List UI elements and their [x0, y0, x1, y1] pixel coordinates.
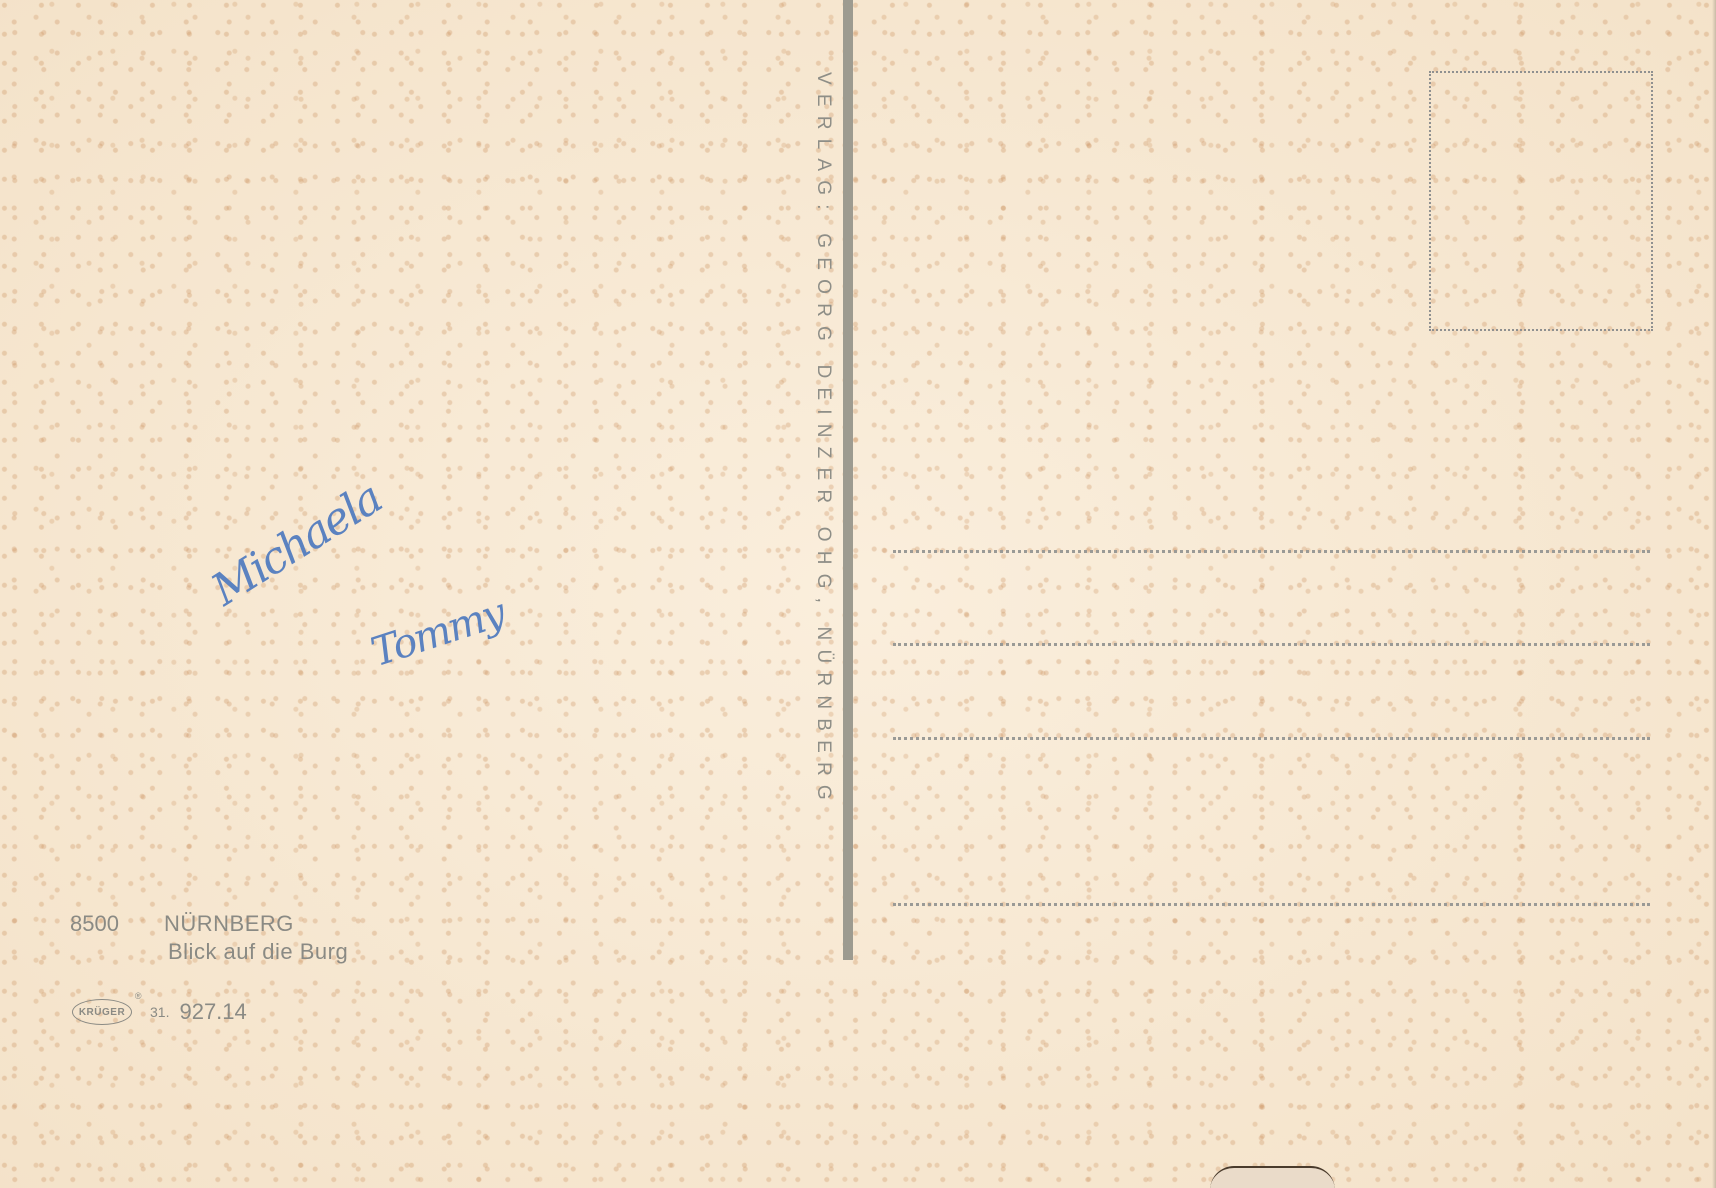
city-name: NÜRNBERG — [164, 911, 294, 936]
postal-code: 8500 — [70, 911, 164, 937]
address-line-2 — [893, 643, 1650, 646]
edge-tear — [1210, 1166, 1335, 1188]
publisher-imprint: VERLAG: GEORG DEINZER OHG, NÜRNBERG — [812, 72, 834, 809]
kruger-logo-icon: KRÜGER ® — [72, 999, 132, 1025]
card-number: 927.14 — [179, 999, 246, 1025]
series-prefix: 31. — [150, 1004, 169, 1020]
printer-info: KRÜGER ® 31. 927.14 — [72, 999, 247, 1025]
registered-mark: ® — [135, 991, 142, 1001]
stamp-placeholder — [1429, 71, 1653, 331]
address-line-1 — [893, 550, 1650, 553]
postcard-back: VERLAG: GEORG DEINZER OHG, NÜRNBERG Mich… — [0, 0, 1716, 1188]
view-caption: Blick auf die Burg — [168, 939, 348, 965]
location-caption: 8500NÜRNBERG Blick auf die Burg — [70, 911, 348, 965]
address-line-4 — [893, 903, 1650, 906]
signature-first-name: Michaela — [203, 473, 390, 616]
center-divider — [843, 0, 853, 960]
address-line-3 — [893, 737, 1650, 740]
kruger-logo-text: KRÜGER — [79, 1007, 125, 1018]
signature-second-name: Tommy — [366, 590, 510, 676]
